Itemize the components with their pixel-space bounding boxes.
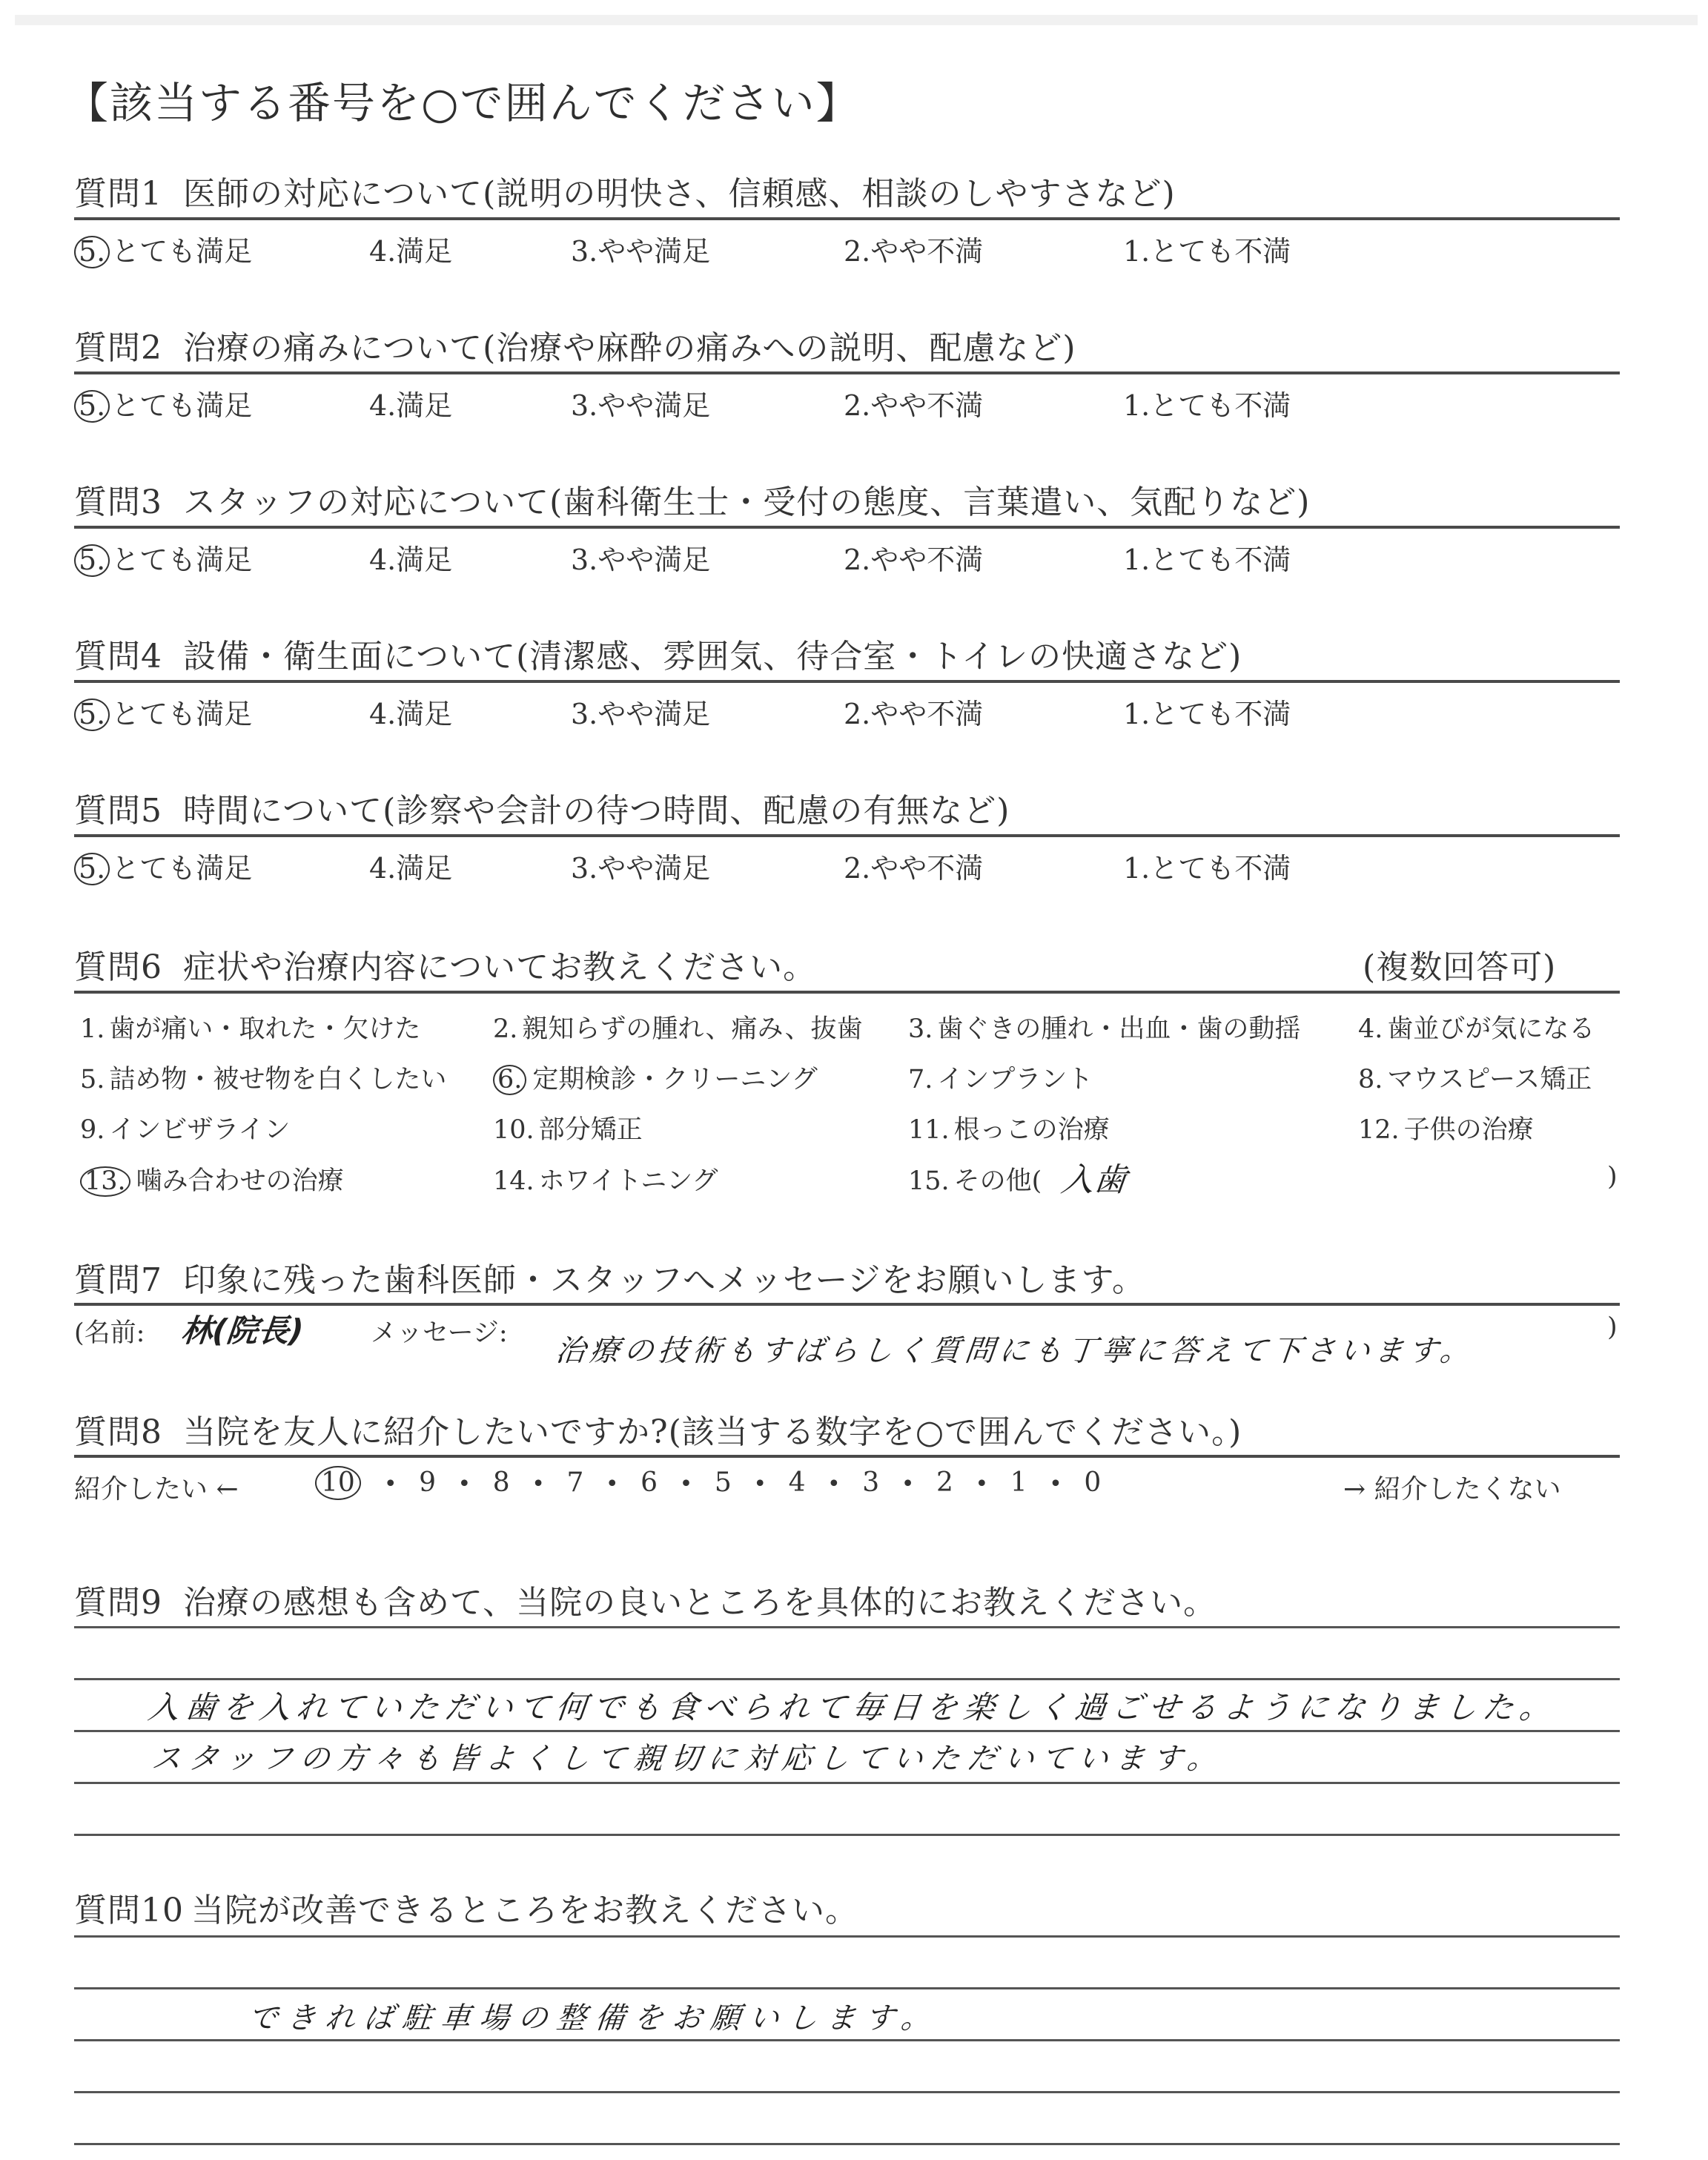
scale-separator: • bbox=[606, 1471, 619, 1497]
q5-option-3[interactable]: 3.やや満足 bbox=[571, 845, 710, 886]
q6-item-8[interactable]: 8.マウスピース矯正 bbox=[1358, 1059, 1592, 1096]
q8-left-label: 紹介したい ← bbox=[74, 1468, 239, 1506]
q9-rule-5 bbox=[74, 1834, 1620, 1836]
q6-label: 質問6 bbox=[74, 948, 162, 986]
scale-value-3[interactable]: 3 bbox=[862, 1467, 880, 1498]
q6-other-value[interactable]: 入歯 bbox=[1059, 1153, 1130, 1200]
q3-option-1[interactable]: 1.とても不満 bbox=[1123, 537, 1291, 578]
q7-text: 印象に残った歯科医師・スタッフへメッセージをお願いします。 bbox=[183, 1261, 1145, 1299]
q9-text: 治療の感想も含めて、当院の良いところを具体的にお教えください。 bbox=[183, 1584, 1217, 1622]
q5-option-2[interactable]: 2.やや不満 bbox=[844, 845, 983, 886]
scan-top-edge bbox=[15, 15, 1698, 25]
q6-item-9[interactable]: 9.インビザライン bbox=[80, 1109, 290, 1146]
item-label: ホワイトニング bbox=[539, 1166, 718, 1196]
q7-name-value[interactable]: 林(院長) bbox=[179, 1307, 306, 1351]
q4-text: 設備・衛生面について(清潔感、雰囲気、待合室・トイレの快適さなど) bbox=[183, 638, 1242, 676]
item-label: その他( bbox=[954, 1166, 1042, 1196]
q1-header: 質問1医師の対応について(説明の明快さ、信頼感、相談のしやすさなど) bbox=[74, 167, 1176, 214]
q3-rule bbox=[74, 526, 1620, 529]
q5-label: 質問5 bbox=[74, 792, 162, 830]
item-label: 歯並びが気になる bbox=[1387, 1014, 1595, 1044]
item-label: 詰め物・被せ物を白くしたい bbox=[109, 1065, 446, 1094]
scale-value-2[interactable]: 2 bbox=[936, 1467, 953, 1498]
item-number: 3. bbox=[908, 1014, 933, 1044]
q6-item-12[interactable]: 12.子供の治療 bbox=[1358, 1109, 1534, 1146]
item-number: 2. bbox=[493, 1014, 517, 1044]
q10-label: 質問10 bbox=[74, 1892, 184, 1929]
q2-rule bbox=[74, 371, 1620, 374]
q3-header: 質問3スタッフの対応について(歯科衛生士・受付の態度、言葉遣い、気配りなど) bbox=[74, 475, 1310, 523]
q5-option-1[interactable]: 1.とても不満 bbox=[1123, 845, 1291, 886]
q9-answer-line-1[interactable]: 入歯を入れていただいて何でも食べられて毎日を楽しく過ごせるようになりました。 bbox=[146, 1683, 1559, 1728]
q7-message-label: メッセージ: bbox=[371, 1312, 508, 1350]
item-number: 4. bbox=[1358, 1014, 1383, 1044]
scale-value-9[interactable]: 9 bbox=[419, 1467, 437, 1498]
item-number: 8. bbox=[1358, 1065, 1383, 1094]
q1-option-3[interactable]: 3.やや満足 bbox=[571, 228, 710, 269]
q5-rule bbox=[74, 834, 1620, 837]
q1-rule bbox=[74, 217, 1620, 220]
scale-value-4[interactable]: 4 bbox=[788, 1467, 806, 1498]
selected-circle-mark: 5. bbox=[74, 544, 110, 577]
scale-value-1[interactable]: 1 bbox=[1010, 1467, 1027, 1498]
q8-header: 質問8当院を友人に紹介したいですか?(該当する数字を○で囲んでください。) bbox=[74, 1405, 1242, 1453]
q6-item-1[interactable]: 1.歯が痛い・取れた・欠けた bbox=[80, 1008, 420, 1046]
q8-right-label: → 紹介したくない bbox=[1343, 1468, 1561, 1506]
q9-rule-3 bbox=[74, 1730, 1620, 1732]
selected-circle-mark: 5. bbox=[74, 853, 110, 885]
q7-label: 質問7 bbox=[74, 1261, 162, 1299]
q9-header: 質問9治療の感想も含めて、当院の良いところを具体的にお教えください。 bbox=[74, 1576, 1217, 1623]
item-number: 7. bbox=[908, 1065, 933, 1094]
item-label: 歯ぐきの腫れ・出血・歯の動揺 bbox=[937, 1014, 1300, 1044]
q2-option-2[interactable]: 2.やや不満 bbox=[844, 383, 983, 423]
scale-separator: • bbox=[384, 1471, 397, 1497]
q3-option-2[interactable]: 2.やや不満 bbox=[844, 537, 983, 578]
q1-option-5[interactable]: 5.とても満足 bbox=[74, 228, 252, 269]
item-label: 親知らずの腫れ、痛み、抜歯 bbox=[522, 1014, 862, 1044]
q4-option-4[interactable]: 4.満足 bbox=[369, 691, 452, 732]
q4-option-3[interactable]: 3.やや満足 bbox=[571, 691, 710, 732]
q2-option-3[interactable]: 3.やや満足 bbox=[571, 383, 710, 423]
item-number: 12. bbox=[1358, 1115, 1400, 1145]
q1-option-2[interactable]: 2.やや不満 bbox=[844, 228, 983, 269]
q6-item-13[interactable]: 13.噛み合わせの治療 bbox=[80, 1160, 344, 1198]
option-label: とても満足 bbox=[111, 852, 252, 885]
q10-rule-2 bbox=[74, 1987, 1620, 1989]
option-label: とても満足 bbox=[111, 389, 252, 422]
scale-value-7[interactable]: 7 bbox=[566, 1467, 584, 1498]
q4-header: 質問4設備・衛生面について(清潔感、雰囲気、待合室・トイレの快適さなど) bbox=[74, 630, 1242, 677]
item-label: 子供の治療 bbox=[1404, 1115, 1534, 1145]
q4-option-5[interactable]: 5.とても満足 bbox=[74, 691, 252, 732]
q3-option-4[interactable]: 4.満足 bbox=[369, 537, 452, 578]
selected-circle-mark: 5. bbox=[74, 698, 110, 731]
q6-header: 質問6症状や治療内容についてお教えください。 bbox=[74, 940, 816, 988]
q10-header: 質問10当院が改善できるところをお教えください。 bbox=[74, 1883, 858, 1931]
option-label: とても満足 bbox=[111, 698, 252, 730]
q4-label: 質問4 bbox=[74, 638, 162, 676]
q6-item-3[interactable]: 3.歯ぐきの腫れ・出血・歯の動揺 bbox=[908, 1008, 1300, 1046]
q8-scale: 10•9•8•7•6•5•4•3•2•1•0 bbox=[315, 1466, 1102, 1500]
q8-label: 質問8 bbox=[74, 1413, 162, 1451]
q6-item-5[interactable]: 5.詰め物・被せ物を白くしたい bbox=[80, 1059, 446, 1096]
selected-circle-mark: 5. bbox=[74, 390, 110, 423]
q9-label: 質問9 bbox=[74, 1584, 162, 1622]
scale-value-10[interactable]: 10 bbox=[315, 1466, 361, 1500]
q7-name-label: (名前: bbox=[74, 1312, 145, 1350]
q10-rule-1 bbox=[74, 1935, 1620, 1938]
q3-option-3[interactable]: 3.やや満足 bbox=[571, 537, 710, 578]
q8-rule bbox=[74, 1455, 1620, 1458]
q10-text: 当院が改善できるところをお教えください。 bbox=[191, 1892, 858, 1929]
item-number: 11. bbox=[908, 1115, 950, 1145]
item-number: 10. bbox=[493, 1115, 534, 1145]
q4-rule bbox=[74, 680, 1620, 683]
selected-circle-mark: 5. bbox=[74, 236, 110, 268]
q10-answer-line-1[interactable]: できれば駐車場の整備をお願いします。 bbox=[246, 1995, 942, 2037]
q6-other-close: ) bbox=[1607, 1162, 1618, 1192]
selected-circle-mark: 13. bbox=[80, 1166, 130, 1197]
scale-value-5[interactable]: 5 bbox=[714, 1467, 732, 1498]
q6-multiple-note: (複数回答可) bbox=[1363, 940, 1556, 988]
item-label: インプラント bbox=[937, 1065, 1093, 1094]
q5-option-4[interactable]: 4.満足 bbox=[369, 845, 452, 886]
scale-separator: • bbox=[901, 1471, 915, 1497]
q7-rule bbox=[74, 1303, 1620, 1306]
selected-circle-mark: 6. bbox=[493, 1065, 526, 1095]
q5-text: 時間について(診察や会計の待つ時間、配慮の有無など) bbox=[183, 792, 1010, 830]
q5-option-5[interactable]: 5.とても満足 bbox=[74, 845, 252, 886]
item-number: 5. bbox=[80, 1065, 105, 1094]
item-label: マウスピース矯正 bbox=[1387, 1065, 1592, 1094]
q1-option-4[interactable]: 4.満足 bbox=[369, 228, 452, 269]
item-label: 根っこの治療 bbox=[954, 1115, 1110, 1145]
q1-label: 質問1 bbox=[74, 175, 162, 213]
q4-option-2[interactable]: 2.やや不満 bbox=[844, 691, 983, 732]
q4-option-1[interactable]: 1.とても不満 bbox=[1123, 691, 1291, 732]
scale-separator: • bbox=[975, 1471, 988, 1497]
q6-item-6[interactable]: 6.定期検診・クリーニング bbox=[493, 1059, 818, 1096]
q9-answer-line-2[interactable]: スタッフの方々も皆よくして親切に対応していただいています。 bbox=[150, 1735, 1227, 1777]
q3-label: 質問3 bbox=[74, 483, 162, 521]
q7-close: ) bbox=[1607, 1312, 1618, 1342]
q6-text: 症状や治療内容についてお教えください。 bbox=[183, 948, 816, 986]
q8-text: 当院を友人に紹介したいですか?(該当する数字を○で囲んでください。) bbox=[183, 1413, 1242, 1451]
item-number: 1. bbox=[80, 1014, 105, 1044]
q9-rule-4 bbox=[74, 1782, 1620, 1784]
q7-header: 質問7印象に残った歯科医師・スタッフへメッセージをお願いします。 bbox=[74, 1253, 1145, 1301]
scale-separator: • bbox=[458, 1471, 471, 1497]
q2-option-5[interactable]: 5.とても満足 bbox=[74, 383, 252, 423]
q10-rule-5 bbox=[74, 2143, 1620, 2145]
q7-message-value[interactable]: 治療の技術もすばらしく質問にも丁寧に答えて下さいます。 bbox=[554, 1327, 1477, 1370]
scale-separator: • bbox=[753, 1471, 767, 1497]
q1-option-1[interactable]: 1.とても不満 bbox=[1123, 228, 1291, 269]
scale-separator: • bbox=[532, 1471, 545, 1497]
item-number: 9. bbox=[80, 1115, 105, 1145]
q6-item-14[interactable]: 14.ホワイトニング bbox=[493, 1160, 718, 1198]
scale-value-6[interactable]: 6 bbox=[640, 1467, 658, 1498]
q6-item-2[interactable]: 2.親知らずの腫れ、痛み、抜歯 bbox=[493, 1008, 863, 1046]
q10-rule-4 bbox=[74, 2091, 1620, 2093]
q10-rule-3 bbox=[74, 2039, 1620, 2041]
q2-header: 質問2治療の痛みについて(治療や麻酔の痛みへの説明、配慮など) bbox=[74, 321, 1076, 369]
item-label: 定期検診・クリーニング bbox=[532, 1065, 817, 1094]
q9-rule-2 bbox=[74, 1678, 1620, 1680]
q6-item-10[interactable]: 10.部分矯正 bbox=[493, 1109, 643, 1146]
scale-separator: • bbox=[680, 1471, 693, 1497]
q6-rule bbox=[74, 991, 1620, 994]
q9-rule-1 bbox=[74, 1626, 1620, 1628]
page-title: 【該当する番号を○で囲んでください】 bbox=[65, 68, 861, 131]
option-label: とても満足 bbox=[111, 235, 252, 268]
item-label: 歯が痛い・取れた・欠けた bbox=[109, 1014, 420, 1044]
item-label: 噛み合わせの治療 bbox=[136, 1166, 344, 1196]
q6-item-7[interactable]: 7.インプラント bbox=[908, 1059, 1093, 1096]
item-number: 15. bbox=[908, 1166, 950, 1196]
q2-text: 治療の痛みについて(治療や麻酔の痛みへの説明、配慮など) bbox=[183, 329, 1076, 367]
q6-item-11[interactable]: 11.根っこの治療 bbox=[908, 1109, 1110, 1146]
q3-option-5[interactable]: 5.とても満足 bbox=[74, 537, 252, 578]
q5-header: 質問5時間について(診察や会計の待つ時間、配慮の有無など) bbox=[74, 784, 1010, 831]
scale-separator: • bbox=[1049, 1471, 1062, 1497]
scale-value-0[interactable]: 0 bbox=[1084, 1467, 1102, 1498]
item-number: 14. bbox=[493, 1166, 534, 1196]
q2-label: 質問2 bbox=[74, 329, 162, 367]
q2-option-4[interactable]: 4.満足 bbox=[369, 383, 452, 423]
item-label: インビザライン bbox=[109, 1115, 290, 1145]
q1-text: 医師の対応について(説明の明快さ、信頼感、相談のしやすさなど) bbox=[183, 175, 1176, 213]
q2-option-1[interactable]: 1.とても不満 bbox=[1123, 383, 1291, 423]
option-label: とても満足 bbox=[111, 544, 252, 576]
scale-separator: • bbox=[827, 1471, 841, 1497]
q6-item-15[interactable]: 15.その他( bbox=[908, 1160, 1042, 1198]
q3-text: スタッフの対応について(歯科衛生士・受付の態度、言葉遣い、気配りなど) bbox=[183, 483, 1310, 521]
item-label: 部分矯正 bbox=[539, 1115, 643, 1145]
scale-value-8[interactable]: 8 bbox=[492, 1467, 510, 1498]
q6-item-4[interactable]: 4.歯並びが気になる bbox=[1358, 1008, 1595, 1046]
